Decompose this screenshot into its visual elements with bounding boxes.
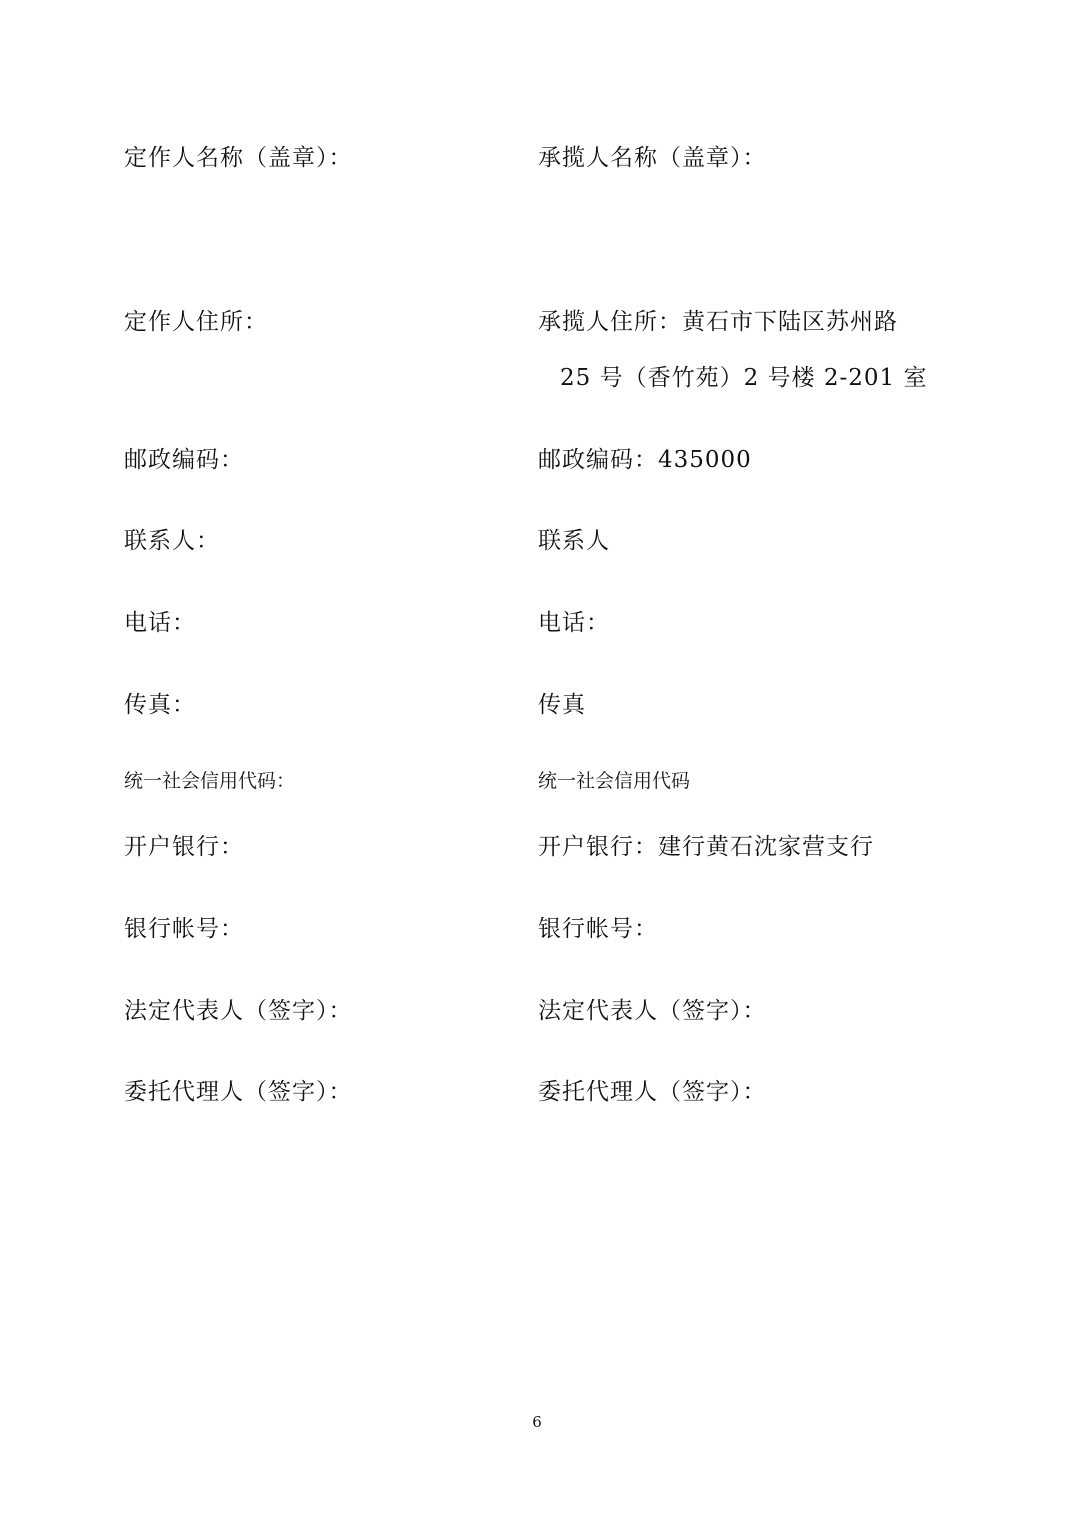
contractor-address-line2: 25 号（香竹苑）2 号楼 2-201 室 (560, 363, 927, 393)
contractor-credit-code-label: 统一社会信用代码 (538, 766, 690, 796)
owner-address-label: 定作人住所： (124, 307, 268, 337)
contractor-contact-label: 联系人 (538, 526, 610, 556)
contractor-fax-label: 传真 (538, 690, 586, 720)
page-number: 6 (0, 1412, 1074, 1432)
contractor-postal-code: 邮政编码：435000 (538, 445, 752, 475)
owner-postal-code-label: 邮政编码： (124, 445, 244, 475)
document-page: 定作人名称（盖章）： 定作人住所： 邮政编码： 联系人： 电话： 传真： 统一社… (0, 0, 1074, 1520)
contractor-account-label: 银行帐号： (538, 914, 658, 944)
owner-fax-label: 传真： (124, 690, 196, 720)
contractor-name-label: 承揽人名称（盖章）： (538, 143, 767, 173)
contractor-bank: 开户银行：建行黄石沈家营支行 (538, 832, 874, 862)
owner-contact-label: 联系人： (124, 526, 220, 556)
owner-phone-label: 电话： (124, 608, 196, 638)
owner-agent-signature: 委托代理人（签字）： (124, 1077, 353, 1107)
owner-account-label: 银行帐号： (124, 914, 244, 944)
owner-bank-label: 开户银行： (124, 832, 244, 862)
owner-name-label: 定作人名称（盖章）： (124, 143, 353, 173)
owner-legal-rep-signature: 法定代表人（签字）： (124, 996, 353, 1026)
contractor-agent-signature: 委托代理人（签字）： (538, 1077, 767, 1107)
contractor-address-line1: 承揽人住所：黄石市下陆区苏州路 (538, 307, 898, 337)
contractor-phone-label: 电话： (538, 608, 610, 638)
owner-credit-code-label: 统一社会信用代码： (124, 766, 295, 796)
contractor-legal-rep-signature: 法定代表人（签字）： (538, 996, 767, 1026)
